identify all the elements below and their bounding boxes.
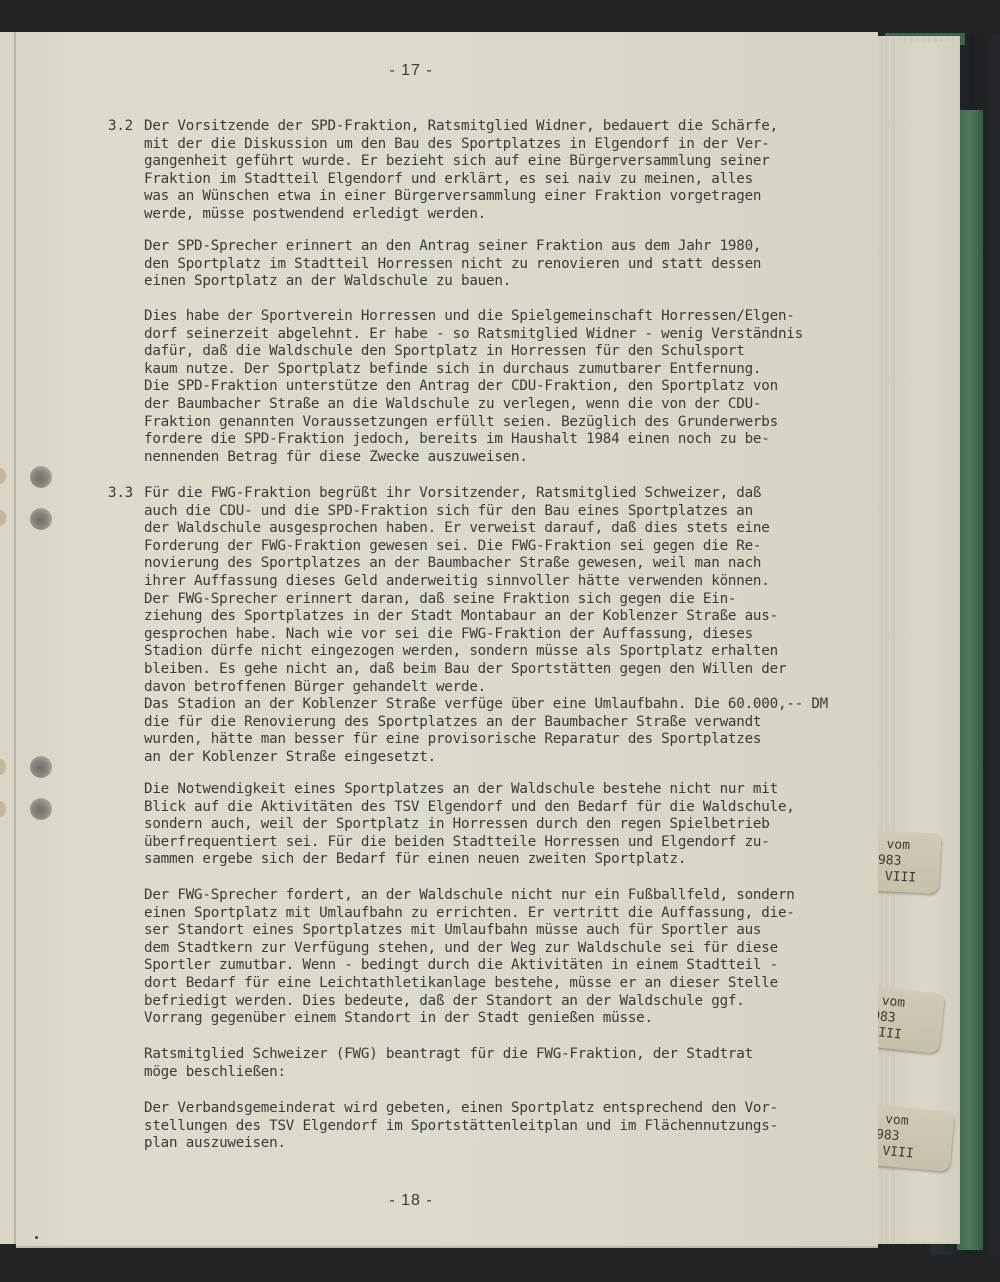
page-stack-edges-inner <box>896 42 958 1242</box>
paragraph: Der FWG-Sprecher fordert, an der Waldsch… <box>144 887 795 1028</box>
paragraph: Die Notwendigkeit eines Sportplatzes an … <box>144 781 795 869</box>
paragraph: Dies habe der Sportverein Horressen und … <box>144 308 803 466</box>
motion-text: Der Verbandsgemeinderat wird gebeten, ei… <box>144 1100 778 1153</box>
paragraph: Ratsmitglied Schweizer (FWG) beantragt f… <box>144 1046 753 1081</box>
paragraph: Für die FWG-Fraktion begrüßt ihr Vorsitz… <box>144 485 828 767</box>
scanned-binder-page: g vom 1983 . VIII vom 983 VIII g vom 198… <box>0 0 1000 1282</box>
punch-hole-icon <box>0 801 6 817</box>
previous-page-edge <box>0 32 16 1244</box>
punch-hole-icon <box>0 759 6 775</box>
page-number-top: - 17 - <box>16 62 806 80</box>
paragraph: Der SPD-Sprecher erinnert an den Antrag … <box>144 238 761 291</box>
punch-hole-icon <box>0 468 6 484</box>
paragraph: Der Vorsitzende der SPD-Fraktion, Ratsmi… <box>144 118 778 224</box>
section-number: 3.2 <box>108 118 133 136</box>
punch-hole-icon <box>0 510 6 526</box>
page-content: - 17 - 3.2 Der Vorsitzende der SPD-Frakt… <box>16 32 878 1246</box>
page-number-bottom: - 18 - <box>16 1192 806 1210</box>
binder-green-edge <box>957 110 983 1250</box>
section-number: 3.3 <box>108 485 133 503</box>
document-page: - 17 - 3.2 Der Vorsitzende der SPD-Frakt… <box>16 32 878 1246</box>
